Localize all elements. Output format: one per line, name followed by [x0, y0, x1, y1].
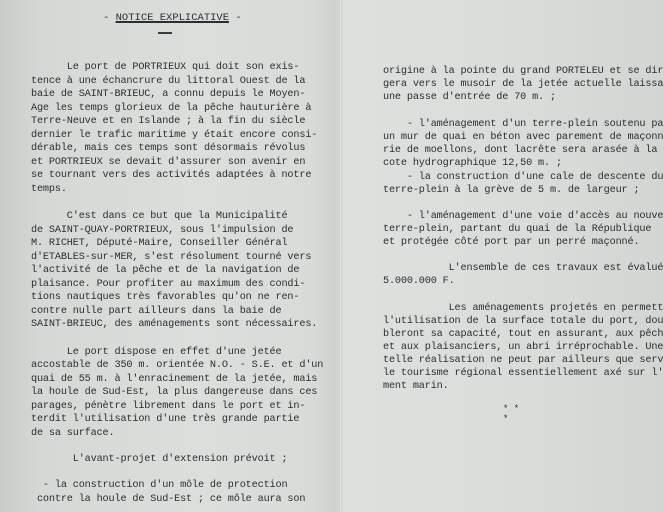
text-line: rie de moellons, dont lacrête sera arasé…	[383, 144, 657, 158]
text-line: tions nautiques très favorables qu'on ne…	[31, 291, 299, 305]
text-line: Age les temps glorieux de la pêche hautu…	[31, 102, 311, 116]
text-line: quai de 55 m. à l'enracinement de la jet…	[31, 373, 317, 387]
text-line: de sa surface.	[31, 427, 115, 441]
text-line: terdit l'utilisation d'une très grande p…	[31, 413, 299, 427]
text-line: L'ensemble de ces travaux est évalué à	[383, 262, 664, 276]
text-line: temps.	[31, 183, 67, 197]
text-line: - l'aménagement d'une voie d'accès au no…	[383, 210, 664, 224]
text-line: dernier le trafic maritime y était encor…	[31, 129, 317, 143]
text-line: contre la houle de Sud-Est ; ce môle aur…	[31, 493, 305, 507]
text-line: la houle de Sud-Est, la plus dangereuse …	[31, 386, 317, 400]
text-line: Terre-Neuve et en Islande ; à la fin du …	[31, 115, 305, 129]
text-line: un mur de quai en béton avec parement de…	[383, 131, 664, 145]
text-line: gera vers le musoir de la jetée actuelle…	[383, 78, 664, 92]
text-line: C'est dans ce but que la Municipalité	[31, 210, 287, 224]
title-dash-left: -	[103, 12, 116, 24]
text-line: 5.000.000 F.	[383, 275, 455, 289]
text-line: ment marin.	[383, 380, 449, 394]
text-line: tence à une échancrure du littoral Ouest…	[31, 75, 305, 89]
text-line: plaisance. Pour profiter au maximum des …	[31, 278, 305, 292]
text-line: baie de SAINT-BRIEUC, a connu depuis le …	[31, 88, 305, 102]
text-line: SAINT-BRIEUC, des aménagements sont néce…	[31, 318, 317, 332]
text-line: l'activité de la pêche et de la navigati…	[31, 264, 299, 278]
text-line: et PORTRIEUX se devait d'assurer son ave…	[31, 156, 305, 170]
document-title: - NOTICE EXPLICATIVE -	[103, 12, 242, 26]
title-underline-rule	[158, 32, 172, 34]
text-line: M. RICHET, Député-Maire, Conseiller Géné…	[31, 237, 287, 251]
text-line: contre nulle part ailleurs dans la baie …	[31, 305, 281, 319]
text-line: Le port de PORTRIEUX qui doit son exis-	[31, 61, 299, 75]
text-line: Les aménagements projetés en permettant	[383, 302, 664, 316]
text-line: - la construction d'un môle de protectio…	[31, 479, 287, 493]
text-line: - l'aménagement d'un terre-plein soutenu…	[383, 118, 664, 132]
text-line: origine à la pointe du grand PORTELEU et…	[383, 65, 664, 79]
end-mark-top: * *	[503, 404, 519, 414]
end-mark-bottom: *	[503, 414, 508, 424]
text-line: l'utilisation de la surface totale du po…	[383, 315, 664, 329]
text-line: - la construction d'une cale de descente…	[383, 171, 663, 185]
text-line: terre-plein à la grève de 5 m. de largeu…	[383, 184, 639, 198]
text-line: accostable de 350 m. orientée N.O. - S.E…	[31, 359, 323, 373]
text-line: telle réalisation ne peut par ailleurs q…	[383, 354, 664, 368]
text-line: Le port dispose en effet d'une jetée	[31, 346, 281, 360]
text-line: une passe d'entrée de 70 m. ;	[383, 91, 556, 105]
text-line: terre-plein, partant du quai de la Répub…	[383, 223, 651, 237]
title-text: NOTICE EXPLICATIVE	[116, 12, 229, 24]
text-line: de SAINT-QUAY-PORTRIEUX, sous l'impulsio…	[31, 224, 293, 238]
text-line: et aux plaisanciers, un abri irréprochab…	[383, 341, 663, 355]
text-line: et protégée côté port par un perré maçon…	[383, 236, 639, 250]
title-dash-right: -	[229, 12, 242, 24]
page-fold	[339, 0, 342, 512]
text-line: dérable, mais ces temps sont désormais r…	[31, 142, 305, 156]
text-line: parages, pénètre librement dans le port …	[31, 400, 305, 414]
text-line: le tourisme régional essentiellement axé…	[383, 367, 664, 381]
text-line: d'ETABLES-sur-MER, s'est résolument tour…	[31, 251, 311, 265]
text-line: cote hydrographique 12,50 m. ;	[383, 157, 562, 171]
text-line: bleront sa capacité, tout en assurant, a…	[383, 328, 664, 342]
text-line: L'avant-projet d'extension prévoit ;	[31, 453, 287, 467]
text-line: se tournant vers des activités adaptées …	[31, 169, 311, 183]
